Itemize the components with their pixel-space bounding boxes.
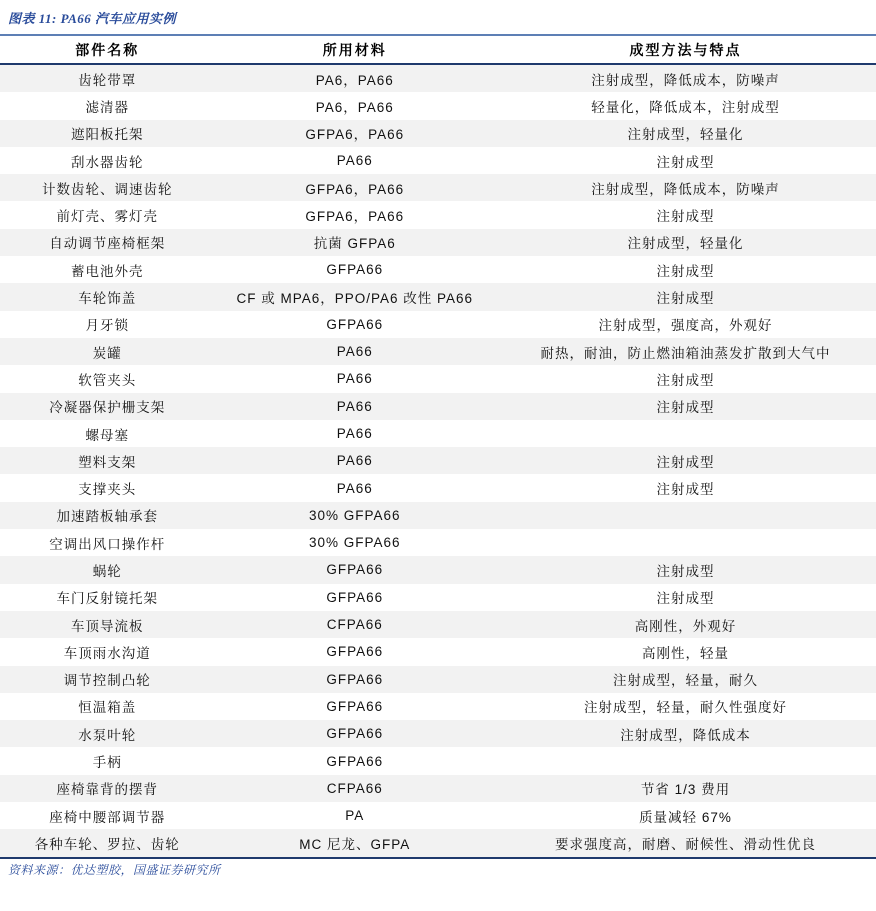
molding-method-cell: 质量减轻 67% bbox=[495, 802, 876, 829]
table-row: 塑料支架PA66注射成型 bbox=[0, 447, 876, 474]
part-name-cell: 遮阳板托架 bbox=[0, 120, 215, 147]
molding-method-cell: 注射成型 bbox=[495, 365, 876, 392]
part-name-cell: 车门反射镜托架 bbox=[0, 584, 215, 611]
molding-method-cell: 注射成型，降低成本，防噪声 bbox=[495, 174, 876, 201]
part-name-cell: 恒温箱盖 bbox=[0, 693, 215, 720]
molding-method-cell: 注射成型，强度高，外观好 bbox=[495, 311, 876, 338]
part-name-cell: 炭罐 bbox=[0, 338, 215, 365]
table-body: 齿轮带罩PA6，PA66注射成型，降低成本，防噪声滤清器PA6，PA66轻量化，… bbox=[0, 64, 876, 858]
material-cell: PA6，PA66 bbox=[215, 92, 495, 119]
part-name-cell: 车轮饰盖 bbox=[0, 283, 215, 310]
part-name-cell: 座椅靠背的摆背 bbox=[0, 775, 215, 802]
molding-method-cell: 注射成型，降低成本 bbox=[495, 720, 876, 747]
table-row: 座椅中腰部调节器PA质量减轻 67% bbox=[0, 802, 876, 829]
part-name-cell: 蓄电池外壳 bbox=[0, 256, 215, 283]
material-cell: MC 尼龙、GFPA bbox=[215, 829, 495, 857]
material-cell: GFPA66 bbox=[215, 666, 495, 693]
material-cell: CF 或 MPA6，PPO/PA6 改性 PA66 bbox=[215, 283, 495, 310]
material-cell: GFPA66 bbox=[215, 638, 495, 665]
material-cell: 30% GFPA66 bbox=[215, 502, 495, 529]
part-name-cell: 调节控制凸轮 bbox=[0, 666, 215, 693]
molding-method-cell: 注射成型，轻量化 bbox=[495, 229, 876, 256]
part-name-cell: 水泵叶轮 bbox=[0, 720, 215, 747]
table-row: 炭罐PA66耐热，耐油，防止燃油箱油蒸发扩散到大气中 bbox=[0, 338, 876, 365]
material-cell: GFPA66 bbox=[215, 311, 495, 338]
table-row: 月牙锁GFPA66注射成型，强度高，外观好 bbox=[0, 311, 876, 338]
molding-method-cell bbox=[495, 502, 876, 529]
molding-method-cell: 注射成型 bbox=[495, 474, 876, 501]
pa66-application-table: 部件名称 所用材料 成型方法与特点 齿轮带罩PA6，PA66注射成型，降低成本，… bbox=[0, 34, 876, 859]
molding-method-cell: 高刚性，外观好 bbox=[495, 611, 876, 638]
part-name-cell: 塑料支架 bbox=[0, 447, 215, 474]
material-cell: GFPA66 bbox=[215, 256, 495, 283]
table-row: 车顶导流板CFPA66高刚性，外观好 bbox=[0, 611, 876, 638]
table-row: 空调出风口操作杆30% GFPA66 bbox=[0, 529, 876, 556]
table-row: 蓄电池外壳GFPA66注射成型 bbox=[0, 256, 876, 283]
table-row: 恒温箱盖GFPA66注射成型，轻量，耐久性强度好 bbox=[0, 693, 876, 720]
material-cell: GFPA66 bbox=[215, 556, 495, 583]
material-cell: GFPA66 bbox=[215, 747, 495, 774]
header-molding-method: 成型方法与特点 bbox=[495, 35, 876, 64]
part-name-cell: 支撑夹头 bbox=[0, 474, 215, 501]
molding-method-cell bbox=[495, 747, 876, 774]
part-name-cell: 月牙锁 bbox=[0, 311, 215, 338]
table-row: 调节控制凸轮GFPA66注射成型，轻量，耐久 bbox=[0, 666, 876, 693]
table-row: 软管夹头PA66注射成型 bbox=[0, 365, 876, 392]
report-figure-page: 图表 11: PA66 汽车应用实例 部件名称 所用材料 成型方法与特点 齿轮带… bbox=[0, 0, 876, 911]
table-row: 各种车轮、罗拉、齿轮MC 尼龙、GFPA要求强度高，耐磨、耐候性、滑动性优良 bbox=[0, 829, 876, 857]
table-row: 滤清器PA6，PA66轻量化，降低成本，注射成型 bbox=[0, 92, 876, 119]
table-row: 座椅靠背的摆背CFPA66节省 1/3 费用 bbox=[0, 775, 876, 802]
part-name-cell: 齿轮带罩 bbox=[0, 64, 215, 92]
table-row: 前灯壳、雾灯壳GFPA6，PA66注射成型 bbox=[0, 201, 876, 228]
table-row: 遮阳板托架GFPA6，PA66注射成型，轻量化 bbox=[0, 120, 876, 147]
table-row: 计数齿轮、调速齿轮GFPA6，PA66注射成型，降低成本，防噪声 bbox=[0, 174, 876, 201]
molding-method-cell: 高刚性，轻量 bbox=[495, 638, 876, 665]
table-row: 蜗轮GFPA66注射成型 bbox=[0, 556, 876, 583]
figure-title: 图表 11: PA66 汽车应用实例 bbox=[8, 8, 176, 27]
table-row: 车门反射镜托架GFPA66注射成型 bbox=[0, 584, 876, 611]
molding-method-cell: 注射成型，轻量化 bbox=[495, 120, 876, 147]
molding-method-cell: 注射成型 bbox=[495, 556, 876, 583]
material-cell: GFPA66 bbox=[215, 693, 495, 720]
source-note: 资料来源：优达塑胶，国盛证券研究所 bbox=[8, 861, 221, 878]
table-row: 齿轮带罩PA6，PA66注射成型，降低成本，防噪声 bbox=[0, 64, 876, 92]
material-cell: PA66 bbox=[215, 393, 495, 420]
material-cell: PA66 bbox=[215, 474, 495, 501]
material-cell: CFPA66 bbox=[215, 611, 495, 638]
part-name-cell: 前灯壳、雾灯壳 bbox=[0, 201, 215, 228]
part-name-cell: 各种车轮、罗拉、齿轮 bbox=[0, 829, 215, 857]
material-cell: PA6，PA66 bbox=[215, 64, 495, 92]
molding-method-cell: 要求强度高，耐磨、耐候性、滑动性优良 bbox=[495, 829, 876, 857]
part-name-cell: 螺母塞 bbox=[0, 420, 215, 447]
molding-method-cell: 注射成型 bbox=[495, 447, 876, 474]
molding-method-cell: 轻量化，降低成本，注射成型 bbox=[495, 92, 876, 119]
material-cell: PA66 bbox=[215, 338, 495, 365]
table-row: 加速踏板轴承套30% GFPA66 bbox=[0, 502, 876, 529]
table-row: 手柄GFPA66 bbox=[0, 747, 876, 774]
material-cell: GFPA6，PA66 bbox=[215, 201, 495, 228]
table-row: 螺母塞PA66 bbox=[0, 420, 876, 447]
table-row: 刮水器齿轮PA66注射成型 bbox=[0, 147, 876, 174]
material-cell: PA66 bbox=[215, 447, 495, 474]
table-row: 水泵叶轮GFPA66注射成型，降低成本 bbox=[0, 720, 876, 747]
molding-method-cell: 注射成型 bbox=[495, 201, 876, 228]
part-name-cell: 冷凝器保护栅支架 bbox=[0, 393, 215, 420]
molding-method-cell: 注射成型 bbox=[495, 256, 876, 283]
part-name-cell: 刮水器齿轮 bbox=[0, 147, 215, 174]
molding-method-cell bbox=[495, 529, 876, 556]
part-name-cell: 手柄 bbox=[0, 747, 215, 774]
part-name-cell: 滤清器 bbox=[0, 92, 215, 119]
material-cell: GFPA6，PA66 bbox=[215, 120, 495, 147]
part-name-cell: 蜗轮 bbox=[0, 556, 215, 583]
material-cell: 抗菌 GFPA6 bbox=[215, 229, 495, 256]
header-part-name: 部件名称 bbox=[0, 35, 215, 64]
table-row: 车顶雨水沟道GFPA66高刚性，轻量 bbox=[0, 638, 876, 665]
table-header-row: 部件名称 所用材料 成型方法与特点 bbox=[0, 35, 876, 64]
part-name-cell: 加速踏板轴承套 bbox=[0, 502, 215, 529]
molding-method-cell: 注射成型，降低成本，防噪声 bbox=[495, 64, 876, 92]
molding-method-cell: 注射成型 bbox=[495, 283, 876, 310]
material-cell: GFPA6，PA66 bbox=[215, 174, 495, 201]
part-name-cell: 计数齿轮、调速齿轮 bbox=[0, 174, 215, 201]
table-row: 自动调节座椅框架抗菌 GFPA6注射成型，轻量化 bbox=[0, 229, 876, 256]
molding-method-cell: 注射成型，轻量，耐久性强度好 bbox=[495, 693, 876, 720]
table-row: 支撑夹头PA66注射成型 bbox=[0, 474, 876, 501]
part-name-cell: 自动调节座椅框架 bbox=[0, 229, 215, 256]
part-name-cell: 座椅中腰部调节器 bbox=[0, 802, 215, 829]
molding-method-cell bbox=[495, 420, 876, 447]
material-cell: PA bbox=[215, 802, 495, 829]
part-name-cell: 车顶导流板 bbox=[0, 611, 215, 638]
molding-method-cell: 节省 1/3 费用 bbox=[495, 775, 876, 802]
part-name-cell: 空调出风口操作杆 bbox=[0, 529, 215, 556]
material-cell: CFPA66 bbox=[215, 775, 495, 802]
molding-method-cell: 注射成型，轻量，耐久 bbox=[495, 666, 876, 693]
material-cell: GFPA66 bbox=[215, 584, 495, 611]
molding-method-cell: 注射成型 bbox=[495, 584, 876, 611]
material-cell: PA66 bbox=[215, 365, 495, 392]
part-name-cell: 车顶雨水沟道 bbox=[0, 638, 215, 665]
molding-method-cell: 耐热，耐油，防止燃油箱油蒸发扩散到大气中 bbox=[495, 338, 876, 365]
material-cell: GFPA66 bbox=[215, 720, 495, 747]
material-cell: 30% GFPA66 bbox=[215, 529, 495, 556]
part-name-cell: 软管夹头 bbox=[0, 365, 215, 392]
header-material: 所用材料 bbox=[215, 35, 495, 64]
table-row: 冷凝器保护栅支架PA66注射成型 bbox=[0, 393, 876, 420]
table-row: 车轮饰盖CF 或 MPA6，PPO/PA6 改性 PA66注射成型 bbox=[0, 283, 876, 310]
molding-method-cell: 注射成型 bbox=[495, 393, 876, 420]
molding-method-cell: 注射成型 bbox=[495, 147, 876, 174]
material-cell: PA66 bbox=[215, 420, 495, 447]
material-cell: PA66 bbox=[215, 147, 495, 174]
